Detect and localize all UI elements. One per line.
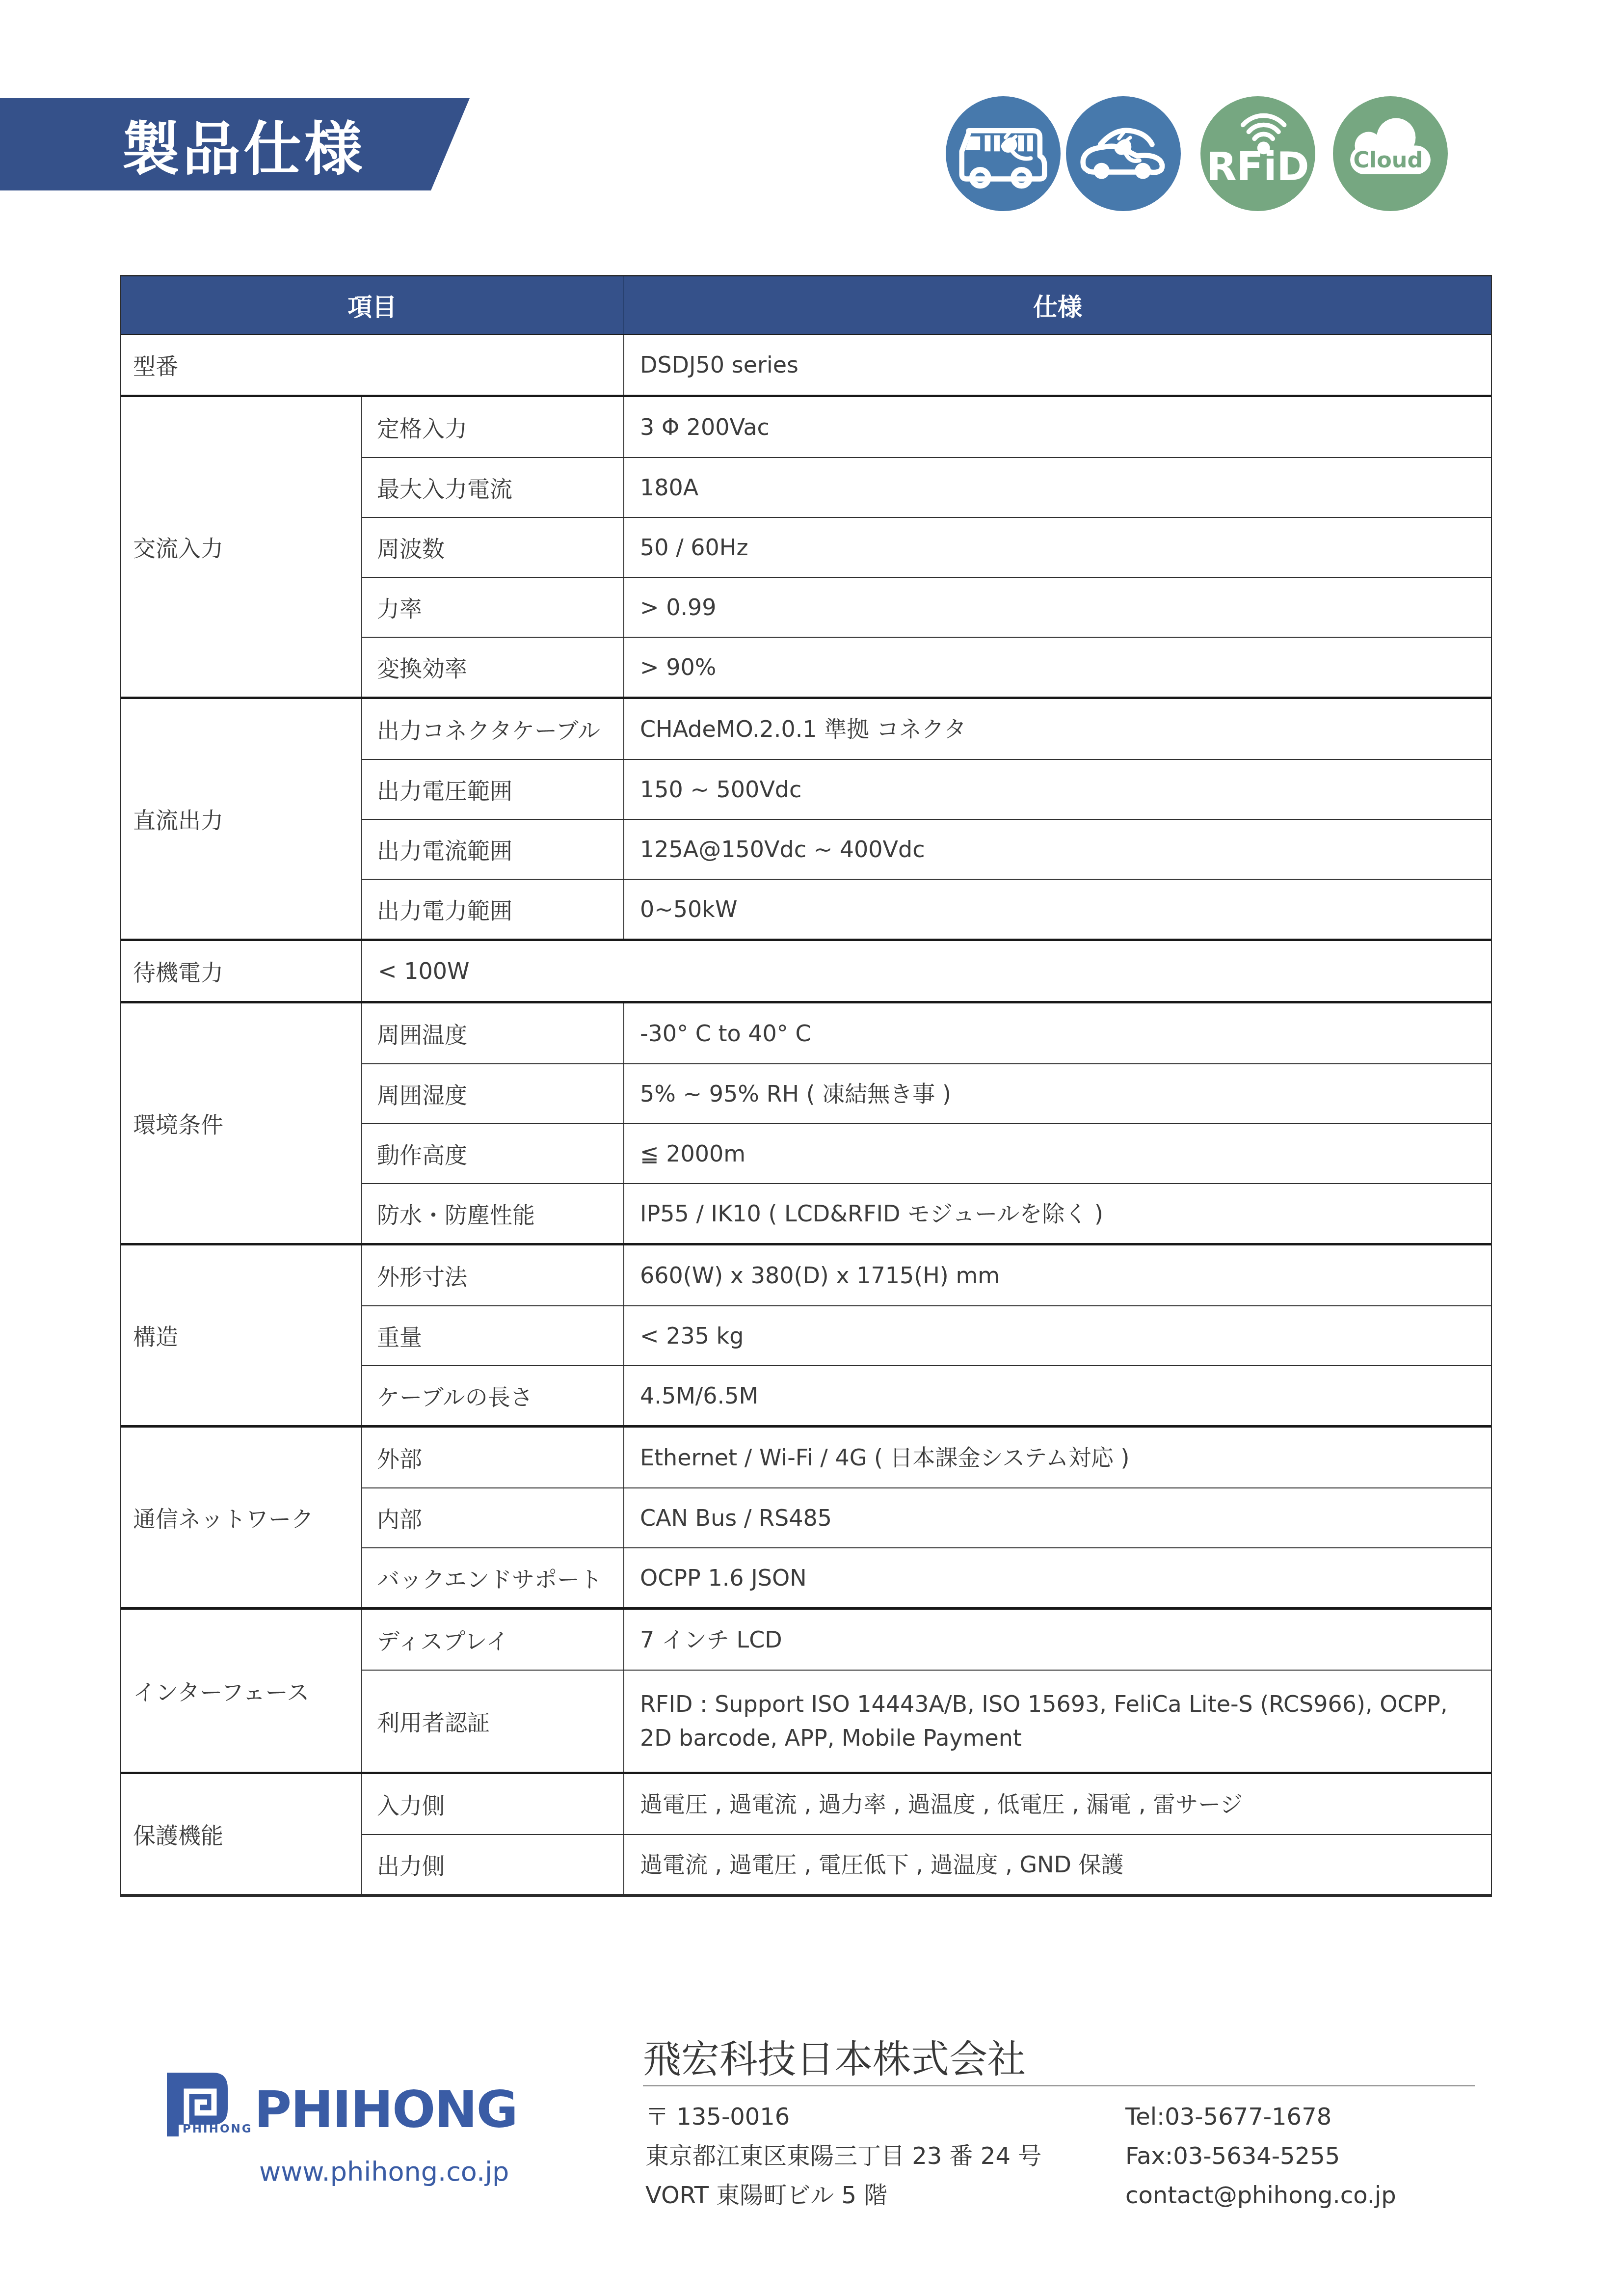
sub-item-cell: 周波数 bbox=[362, 518, 624, 577]
rfid-icon: RFiD bbox=[1200, 96, 1315, 211]
table-row: 力率> 0.99 bbox=[362, 577, 1491, 637]
category-cell: 保護機能 bbox=[121, 1774, 362, 1894]
value-cell: OCPP 1.6 JSON bbox=[624, 1548, 1491, 1607]
sub-item-cell: 出力コネクタケーブル bbox=[362, 699, 624, 759]
table-group: 型番DSDJ50 series bbox=[121, 335, 1491, 395]
group-rows: DSDJ50 series bbox=[624, 335, 1491, 395]
group-rows: 入力側過電圧 , 過電流 , 過力率 , 過温度 , 低電圧 , 漏電 , 雷サ… bbox=[362, 1774, 1491, 1894]
svg-text:RFiD: RFiD bbox=[1207, 144, 1309, 189]
category-cell: 交流入力 bbox=[121, 397, 362, 697]
page-title-banner: 製品仕様 bbox=[0, 98, 470, 190]
category-cell: インターフェース bbox=[121, 1610, 362, 1772]
table-row: バックエンドサポートOCPP 1.6 JSON bbox=[362, 1547, 1491, 1607]
value-cell: 50 / 60Hz bbox=[624, 518, 1491, 577]
table-group: 保護機能入力側過電圧 , 過電流 , 過力率 , 過温度 , 低電圧 , 漏電 … bbox=[121, 1772, 1491, 1894]
table-group: 交流入力定格入力3 Φ 200Vac最大入力電流180A周波数50 / 60Hz… bbox=[121, 395, 1491, 697]
phihong-logotype: PHIHONG bbox=[254, 2080, 517, 2139]
value-cell: -30° C to 40° C bbox=[624, 1003, 1491, 1063]
sub-item-cell: 動作高度 bbox=[362, 1124, 624, 1183]
value-cell: 125A@150Vdc ~ 400Vdc bbox=[624, 820, 1491, 879]
table-row: 出力電流範囲125A@150Vdc ~ 400Vdc bbox=[362, 819, 1491, 879]
sub-item-cell: 出力側 bbox=[362, 1835, 624, 1894]
sub-item-cell: 外部 bbox=[362, 1428, 624, 1487]
table-row: < 100W bbox=[362, 941, 1491, 1001]
sub-item-cell: 出力電圧範囲 bbox=[362, 760, 624, 819]
svg-text:Cloud: Cloud bbox=[1353, 148, 1423, 173]
table-group: 直流出力出力コネクタケーブルCHAdeMO.2.0.1 準拠 コネクタ出力電圧範… bbox=[121, 697, 1491, 939]
value-cell: 150 ~ 500Vdc bbox=[624, 760, 1491, 819]
table-group: 環境条件周囲温度-30° C to 40° C周囲湿度5% ~ 95% RH (… bbox=[121, 1001, 1491, 1243]
table-row: 周波数50 / 60Hz bbox=[362, 517, 1491, 577]
address-line-2: VORT 東陽町ビル 5 階 bbox=[645, 2182, 887, 2209]
sub-item-cell: 定格入力 bbox=[362, 397, 624, 457]
table-group: 構造外形寸法660(W) x 380(D) x 1715(H) mm重量< 23… bbox=[121, 1243, 1491, 1425]
table-row: 利用者認証RFID : Support ISO 14443A/B, ISO 15… bbox=[362, 1670, 1491, 1772]
value-cell: 180A bbox=[624, 458, 1491, 517]
table-row: DSDJ50 series bbox=[624, 335, 1491, 395]
sub-item-cell: 出力電力範囲 bbox=[362, 880, 624, 939]
sub-item-cell: 内部 bbox=[362, 1488, 624, 1547]
table-row: 防水・防塵性能IP55 / IK10 ( LCD&RFID モジュールを除く ) bbox=[362, 1183, 1491, 1243]
category-cell: 環境条件 bbox=[121, 1003, 362, 1243]
value-cell: > 90% bbox=[624, 638, 1491, 697]
sub-item-cell: 重量 bbox=[362, 1306, 624, 1365]
value-cell: > 0.99 bbox=[624, 578, 1491, 637]
sub-item-cell: 出力電流範囲 bbox=[362, 820, 624, 879]
sub-item-cell: 周囲湿度 bbox=[362, 1064, 624, 1123]
table-row: 出力コネクタケーブルCHAdeMO.2.0.1 準拠 コネクタ bbox=[362, 699, 1491, 759]
page-title: 製品仕様 bbox=[0, 103, 365, 186]
footer-divider bbox=[643, 2085, 1475, 2086]
ev-bus-icon bbox=[946, 96, 1061, 211]
table-row: 変換効率> 90% bbox=[362, 637, 1491, 697]
sub-item-cell: 変換効率 bbox=[362, 638, 624, 697]
postal-code: 〒 135-0016 bbox=[645, 2103, 790, 2131]
table-row: 最大入力電流180A bbox=[362, 457, 1491, 517]
ev-bus-badge bbox=[946, 96, 1061, 211]
table-row: 動作高度≦ 2000m bbox=[362, 1123, 1491, 1183]
group-rows: 出力コネクタケーブルCHAdeMO.2.0.1 準拠 コネクタ出力電圧範囲150… bbox=[362, 699, 1491, 939]
value-cell: Ethernet / Wi-Fi / 4G ( 日本課金システム対応 ) bbox=[624, 1428, 1491, 1487]
sub-item-cell: バックエンドサポート bbox=[362, 1548, 624, 1607]
sub-item-cell: 入力側 bbox=[362, 1774, 624, 1834]
table-row: 出力電圧範囲150 ~ 500Vdc bbox=[362, 759, 1491, 819]
table-group: 待機電力< 100W bbox=[121, 939, 1491, 1001]
ev-car-badge bbox=[1066, 96, 1181, 211]
cloud-badge: Cloud bbox=[1333, 96, 1448, 211]
category-cell: 型番 bbox=[121, 335, 624, 395]
sub-item-cell: 防水・防塵性能 bbox=[362, 1184, 624, 1243]
value-cell: 5% ~ 95% RH ( 凍結無き事 ) bbox=[624, 1064, 1491, 1123]
table-body: 型番DSDJ50 series交流入力定格入力3 Φ 200Vac最大入力電流1… bbox=[121, 335, 1491, 1894]
value-cell: DSDJ50 series bbox=[624, 335, 1491, 395]
column-header-item: 項目 bbox=[121, 276, 624, 334]
sub-item-cell: 力率 bbox=[362, 578, 624, 637]
sub-item-cell: 周囲温度 bbox=[362, 1003, 624, 1063]
group-rows: 周囲温度-30° C to 40° C周囲湿度5% ~ 95% RH ( 凍結無… bbox=[362, 1003, 1491, 1243]
table-group: インターフェースディスプレイ7 インチ LCD利用者認証RFID : Suppo… bbox=[121, 1607, 1491, 1772]
website-link[interactable]: www.phihong.co.jp bbox=[259, 2156, 509, 2187]
group-rows: ディスプレイ7 インチ LCD利用者認証RFID : Support ISO 1… bbox=[362, 1610, 1491, 1772]
table-row: 外形寸法660(W) x 380(D) x 1715(H) mm bbox=[362, 1245, 1491, 1305]
table-row: 入力側過電圧 , 過電流 , 過力率 , 過温度 , 低電圧 , 漏電 , 雷サ… bbox=[362, 1774, 1491, 1834]
category-cell: 構造 bbox=[121, 1245, 362, 1425]
table-group: 通信ネットワーク外部Ethernet / Wi-Fi / 4G ( 日本課金シス… bbox=[121, 1425, 1491, 1607]
table-row: 外部Ethernet / Wi-Fi / 4G ( 日本課金システム対応 ) bbox=[362, 1428, 1491, 1487]
fax-number: Fax:03-5634-5255 bbox=[1125, 2142, 1340, 2170]
table-row: ケーブルの長さ4.5M/6.5M bbox=[362, 1365, 1491, 1425]
sub-item-cell: 利用者認証 bbox=[362, 1671, 624, 1772]
table-row: 出力側過電流 , 過電圧 , 電圧低下 , 過温度 , GND 保護 bbox=[362, 1834, 1491, 1894]
value-cell: 660(W) x 380(D) x 1715(H) mm bbox=[624, 1245, 1491, 1305]
group-rows: < 100W bbox=[362, 941, 1491, 1001]
sub-item-cell: ケーブルの長さ bbox=[362, 1366, 624, 1425]
table-row: ディスプレイ7 インチ LCD bbox=[362, 1610, 1491, 1670]
value-cell: CAN Bus / RS485 bbox=[624, 1488, 1491, 1547]
email-link[interactable]: contact@phihong.co.jp bbox=[1125, 2182, 1396, 2209]
value-cell: 過電流 , 過電圧 , 電圧低下 , 過温度 , GND 保護 bbox=[624, 1835, 1491, 1894]
spec-sheet-page: 製品仕様 RFiD Cloud 項目 仕様 bbox=[0, 0, 1623, 2296]
table-header-row: 項目 仕様 bbox=[121, 276, 1491, 335]
company-name: 飛宏科技日本株式会社 bbox=[643, 2029, 1026, 2084]
address-line-1: 東京都江東区東陽三丁目 23 番 24 号 bbox=[645, 2142, 1041, 2170]
table-row: 重量< 235 kg bbox=[362, 1305, 1491, 1365]
table-row: 定格入力3 Φ 200Vac bbox=[362, 397, 1491, 457]
value-cell: ≦ 2000m bbox=[624, 1124, 1491, 1183]
rfid-badge: RFiD bbox=[1200, 96, 1315, 211]
value-cell: RFID : Support ISO 14443A/B, ISO 15693, … bbox=[624, 1671, 1491, 1772]
cloud-icon: Cloud bbox=[1333, 96, 1448, 211]
sub-item-cell: 外形寸法 bbox=[362, 1245, 624, 1305]
value-cell: < 235 kg bbox=[624, 1306, 1491, 1365]
table-row: 周囲温度-30° C to 40° C bbox=[362, 1003, 1491, 1063]
phihong-logo-caption: PHIHONG bbox=[183, 2123, 253, 2135]
spec-table: 項目 仕様 型番DSDJ50 series交流入力定格入力3 Φ 200Vac最… bbox=[120, 275, 1492, 1897]
table-row: 出力電力範囲0~50kW bbox=[362, 879, 1491, 939]
column-header-spec: 仕様 bbox=[624, 276, 1491, 334]
group-rows: 定格入力3 Φ 200Vac最大入力電流180A周波数50 / 60Hz力率> … bbox=[362, 397, 1491, 697]
sub-item-cell: ディスプレイ bbox=[362, 1610, 624, 1670]
table-row: 内部CAN Bus / RS485 bbox=[362, 1487, 1491, 1547]
group-rows: 外形寸法660(W) x 380(D) x 1715(H) mm重量< 235 … bbox=[362, 1245, 1491, 1425]
phone-number: Tel:03-5677-1678 bbox=[1125, 2103, 1331, 2131]
value-cell: 3 Φ 200Vac bbox=[624, 397, 1491, 457]
category-cell: 待機電力 bbox=[121, 941, 362, 1001]
category-cell: 通信ネットワーク bbox=[121, 1428, 362, 1607]
value-cell: 7 インチ LCD bbox=[624, 1610, 1491, 1670]
value-cell: CHAdeMO.2.0.1 準拠 コネクタ bbox=[624, 699, 1491, 759]
category-cell: 直流出力 bbox=[121, 699, 362, 939]
value-cell: < 100W bbox=[362, 941, 1491, 1001]
value-cell: IP55 / IK10 ( LCD&RFID モジュールを除く ) bbox=[624, 1184, 1491, 1243]
sub-item-cell: 最大入力電流 bbox=[362, 458, 624, 517]
ev-car-icon bbox=[1066, 96, 1181, 211]
value-cell: 4.5M/6.5M bbox=[624, 1366, 1491, 1425]
value-cell: 過電圧 , 過電流 , 過力率 , 過温度 , 低電圧 , 漏電 , 雷サージ bbox=[624, 1774, 1491, 1834]
value-cell: 0~50kW bbox=[624, 880, 1491, 939]
group-rows: 外部Ethernet / Wi-Fi / 4G ( 日本課金システム対応 )内部… bbox=[362, 1428, 1491, 1607]
table-row: 周囲湿度5% ~ 95% RH ( 凍結無き事 ) bbox=[362, 1063, 1491, 1123]
